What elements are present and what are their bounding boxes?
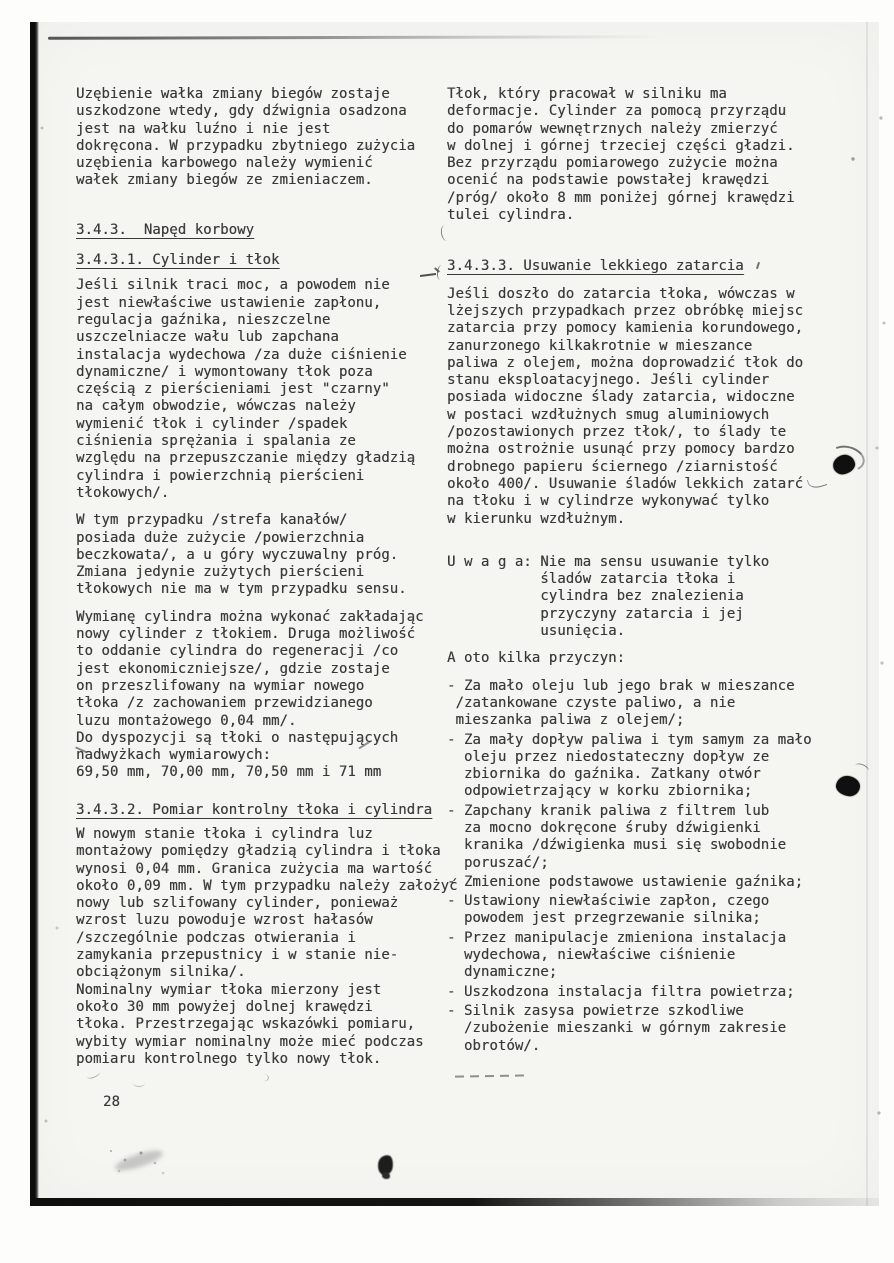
list-item: - Za mało oleju lub jego brak w mieszanc… (447, 678, 872, 730)
note-uwaga: U w a g a: Nie ma sensu usuwanie tylko ś… (447, 554, 872, 640)
scan-bottom-edge (30, 1198, 879, 1206)
list-item: - Za mały dopływ paliwa i tym samym za m… (447, 732, 872, 801)
section-heading-3-4-3: 3.4.3. Napęd korbowy (76, 222, 474, 239)
page-number: 28 (103, 1094, 474, 1111)
scan-top-scratch-line (48, 35, 663, 40)
paragraph-zatarcie: Jeśli doszło do zatarcia tłoka, wówczas … (447, 286, 872, 528)
section-heading-3-4-3-2: 3.4.3.2. Pomiar kontrolny tłoka i cylind… (76, 802, 474, 819)
paragraph-cylinder-a: Jeśli silnik traci moc, a powodem nie je… (76, 277, 474, 502)
pencil-smudge (113, 1147, 165, 1175)
ink-splotch (382, 1172, 390, 1179)
left-column: Uzębienie wałka zmiany biegów zostaje us… (76, 86, 474, 1111)
scanned-page: Uzębienie wałka zmiany biegów zostaje us… (30, 22, 879, 1206)
list-item: - Ustawiony niewłaściwie zapłon, czego p… (447, 893, 872, 928)
section-heading-3-4-3-3: 3.4.3.3. Usuwanie lekkiego zatarcia (447, 258, 872, 275)
paragraph-pomiar: W nowym stanie tłoka i cylindra luz mont… (76, 826, 474, 1068)
scan-left-edge (30, 22, 39, 1206)
pen-arc-mark (133, 1079, 145, 1087)
pen-paren-mark (436, 265, 446, 281)
paragraph-cylinder-c: Wymianę cylindra można wykonać zakładają… (76, 609, 474, 782)
list-item: - Silnik zasysa powietrze szkodliwe /zub… (447, 1003, 872, 1055)
right-column: Tłok, który pracował w silniku ma deform… (447, 86, 872, 1055)
list-item: - Zapchany kranik paliwa z filtrem lub z… (447, 803, 872, 872)
list-item: - Uszkodzona instalacja filtra powietrza… (447, 984, 872, 1001)
causes-list: - Za mało oleju lub jego brak w mieszanc… (447, 678, 872, 1055)
list-item: - Zmienione podstawowe ustawienie gaźnik… (447, 874, 872, 891)
paragraph-gear-shaft: Uzębienie wałka zmiany biegów zostaje us… (76, 86, 474, 190)
pencil-smudge-dots (110, 1150, 112, 1152)
list-item: - Przez manipulacje zmieniona instalacja… (447, 930, 872, 982)
section-heading-3-4-3-1: 3.4.3.1. Cylinder i tłok (76, 252, 474, 269)
scan-noise-specks (30, 22, 32, 24)
causes-intro: A oto kilka przyczyn: (447, 650, 872, 667)
paragraph-tlok: Tłok, który pracował w silniku ma deform… (447, 86, 872, 224)
paragraph-cylinder-b: W tym przypadku /strefa kanałów/ posiada… (76, 512, 474, 598)
faint-dashed-line (455, 1074, 529, 1078)
